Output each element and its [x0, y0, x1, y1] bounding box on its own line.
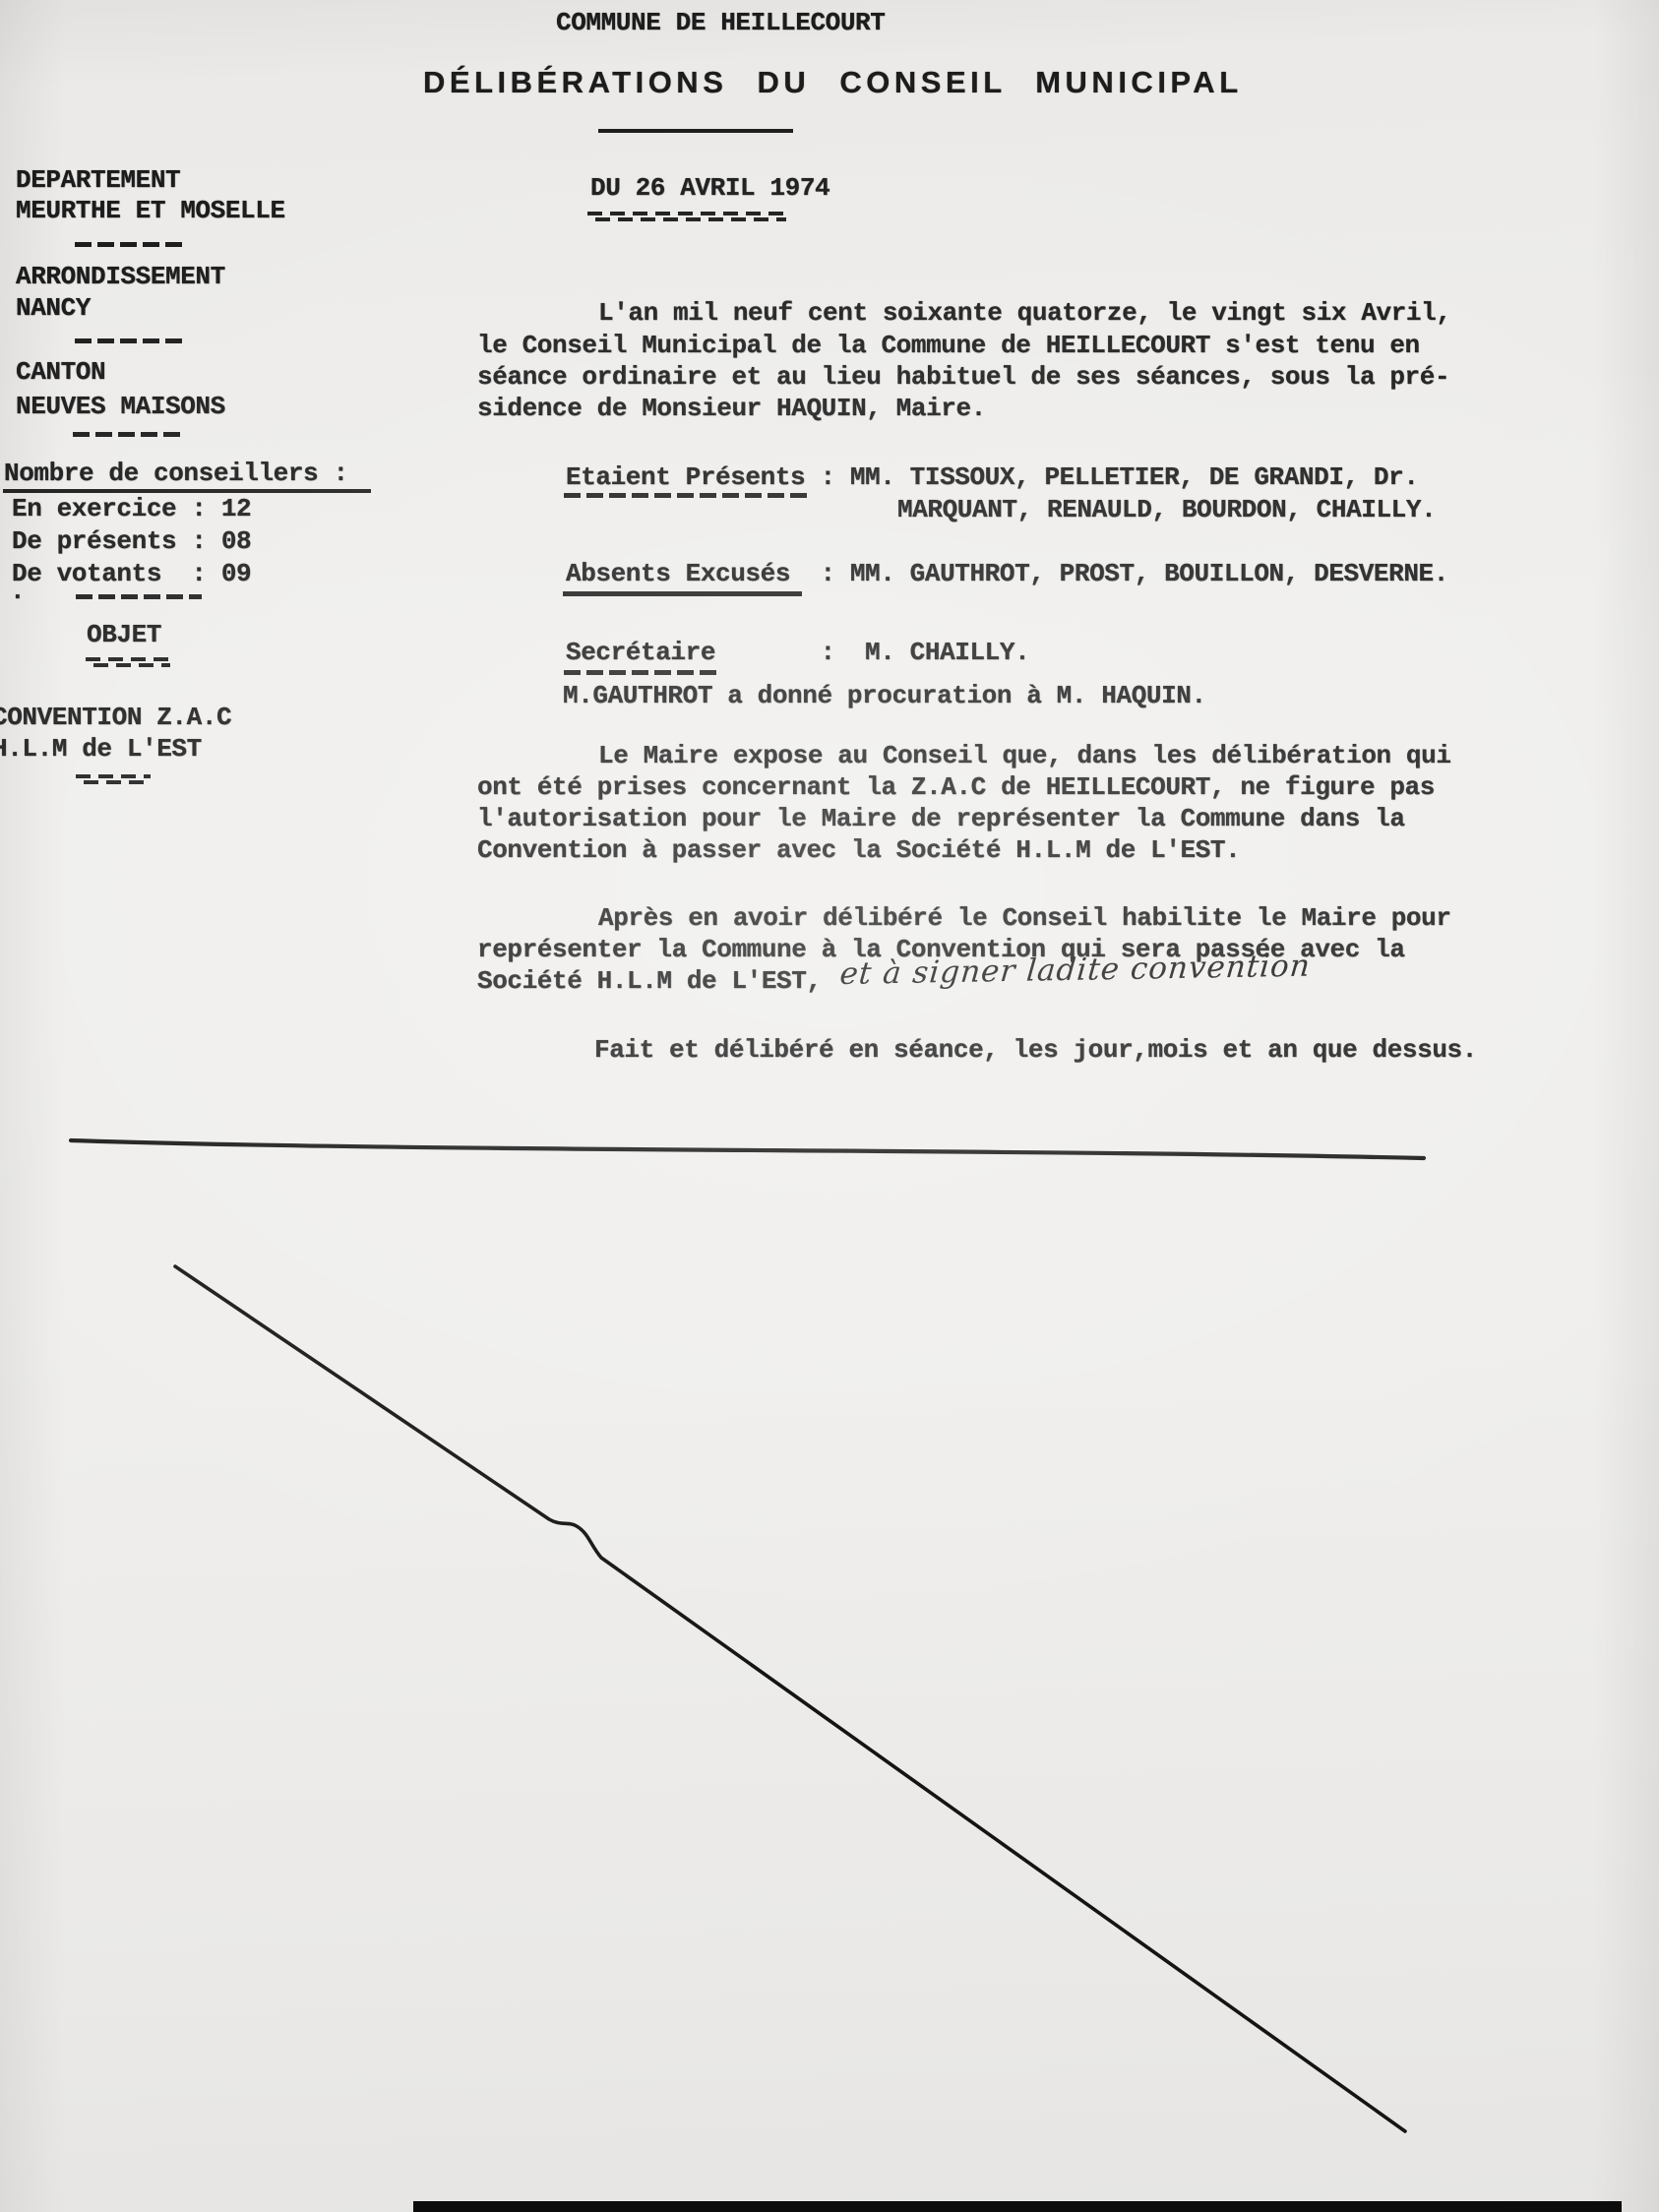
- sidebar-divider: [76, 594, 202, 599]
- counsellors-heading: Nombre de conseillers :: [4, 459, 348, 488]
- expose-line: Le Maire expose au Conseil que, dans les…: [598, 741, 1451, 770]
- opening-line: L'an mil neuf cent soixante quatorze, le…: [598, 298, 1451, 328]
- expose-line: l'autorisation pour le Maire de représen…: [477, 804, 1405, 833]
- horizontal-rule-stroke: [71, 1140, 1424, 1158]
- counsellors-voting: De votants : 09: [12, 559, 251, 588]
- objet-label: OBJET: [87, 620, 161, 649]
- opening-line: le Conseil Municipal de la Commune de HE…: [477, 331, 1420, 360]
- expose-line: ont été prises concernant la Z.A.C de HE…: [477, 772, 1435, 802]
- secretary-line: Secrétaire : M. CHAILLY.: [566, 638, 1029, 667]
- sidebar-bottom-divider: [76, 774, 151, 784]
- stray-mark: .: [10, 577, 25, 606]
- counsellors-in-office: En exercice : 12: [12, 494, 251, 523]
- sidebar-divider: [75, 242, 185, 247]
- absents-line: Absents Excusés : MM. GAUTHROT, PROST, B…: [566, 559, 1448, 588]
- opening-line: sidence de Monsieur HAQUIN, Maire.: [477, 394, 986, 423]
- session-date: DU 26 AVRIL 1974: [590, 173, 829, 203]
- presents-underline: [564, 493, 812, 498]
- department-value: MEURTHE ET MOSELLE: [16, 196, 285, 225]
- closing-line: Fait et délibéré en séance, les jour,moi…: [594, 1035, 1477, 1065]
- presents-line-continued: MARQUANT, RENAULD, BOURDON, CHAILLY.: [897, 495, 1436, 524]
- objet-subject-line1: CONVENTION Z.A.C: [0, 703, 231, 732]
- arrondissement-value: NANCY: [16, 293, 91, 323]
- opening-line: séance ordinaire et au lieu habituel de …: [477, 362, 1449, 392]
- secretary-underline: [564, 670, 721, 675]
- objet-subject-line2: H.L.M de L'EST: [0, 734, 202, 764]
- department-label: DEPARTEMENT: [16, 165, 180, 195]
- decision-line: Après en avoir délibéré le Conseil habil…: [598, 903, 1451, 933]
- document-title: DÉLIBÉRATIONS DU CONSEIL MUNICIPAL: [423, 65, 1243, 100]
- decision-line: Société H.L.M de L'EST,: [477, 966, 822, 996]
- counsellors-present: De présents : 08: [12, 526, 251, 556]
- canton-value: NEUVES MAISONS: [16, 392, 225, 421]
- objet-divider: [86, 657, 170, 667]
- counsellors-underline: [3, 489, 371, 493]
- expose-line: Convention à passer avec la Société H.L.…: [477, 835, 1240, 865]
- arrondissement-label: ARRONDISSEMENT: [16, 262, 225, 291]
- diagonal-strike-stroke: [175, 1266, 1405, 2131]
- date-divider: [587, 212, 786, 221]
- sidebar-divider: [75, 338, 185, 343]
- absents-underline: [563, 591, 802, 596]
- commune-title: COMMUNE DE HEILLECOURT: [556, 8, 885, 37]
- scanned-document-page: COMMUNE DE HEILLECOURT DÉLIBÉRATIONS DU …: [0, 0, 1659, 2212]
- title-underline: [598, 129, 793, 133]
- handwritten-annotation: et à signer ladite convention: [838, 949, 1312, 992]
- scan-edge-artifact: [413, 2201, 1622, 2212]
- sidebar-divider: [73, 432, 185, 437]
- presents-line: Etaient Présents : MM. TISSOUX, PELLETIE…: [566, 462, 1419, 492]
- canton-label: CANTON: [16, 357, 105, 387]
- procuration-line: M.GAUTHROT a donné procuration à M. HAQU…: [563, 681, 1206, 710]
